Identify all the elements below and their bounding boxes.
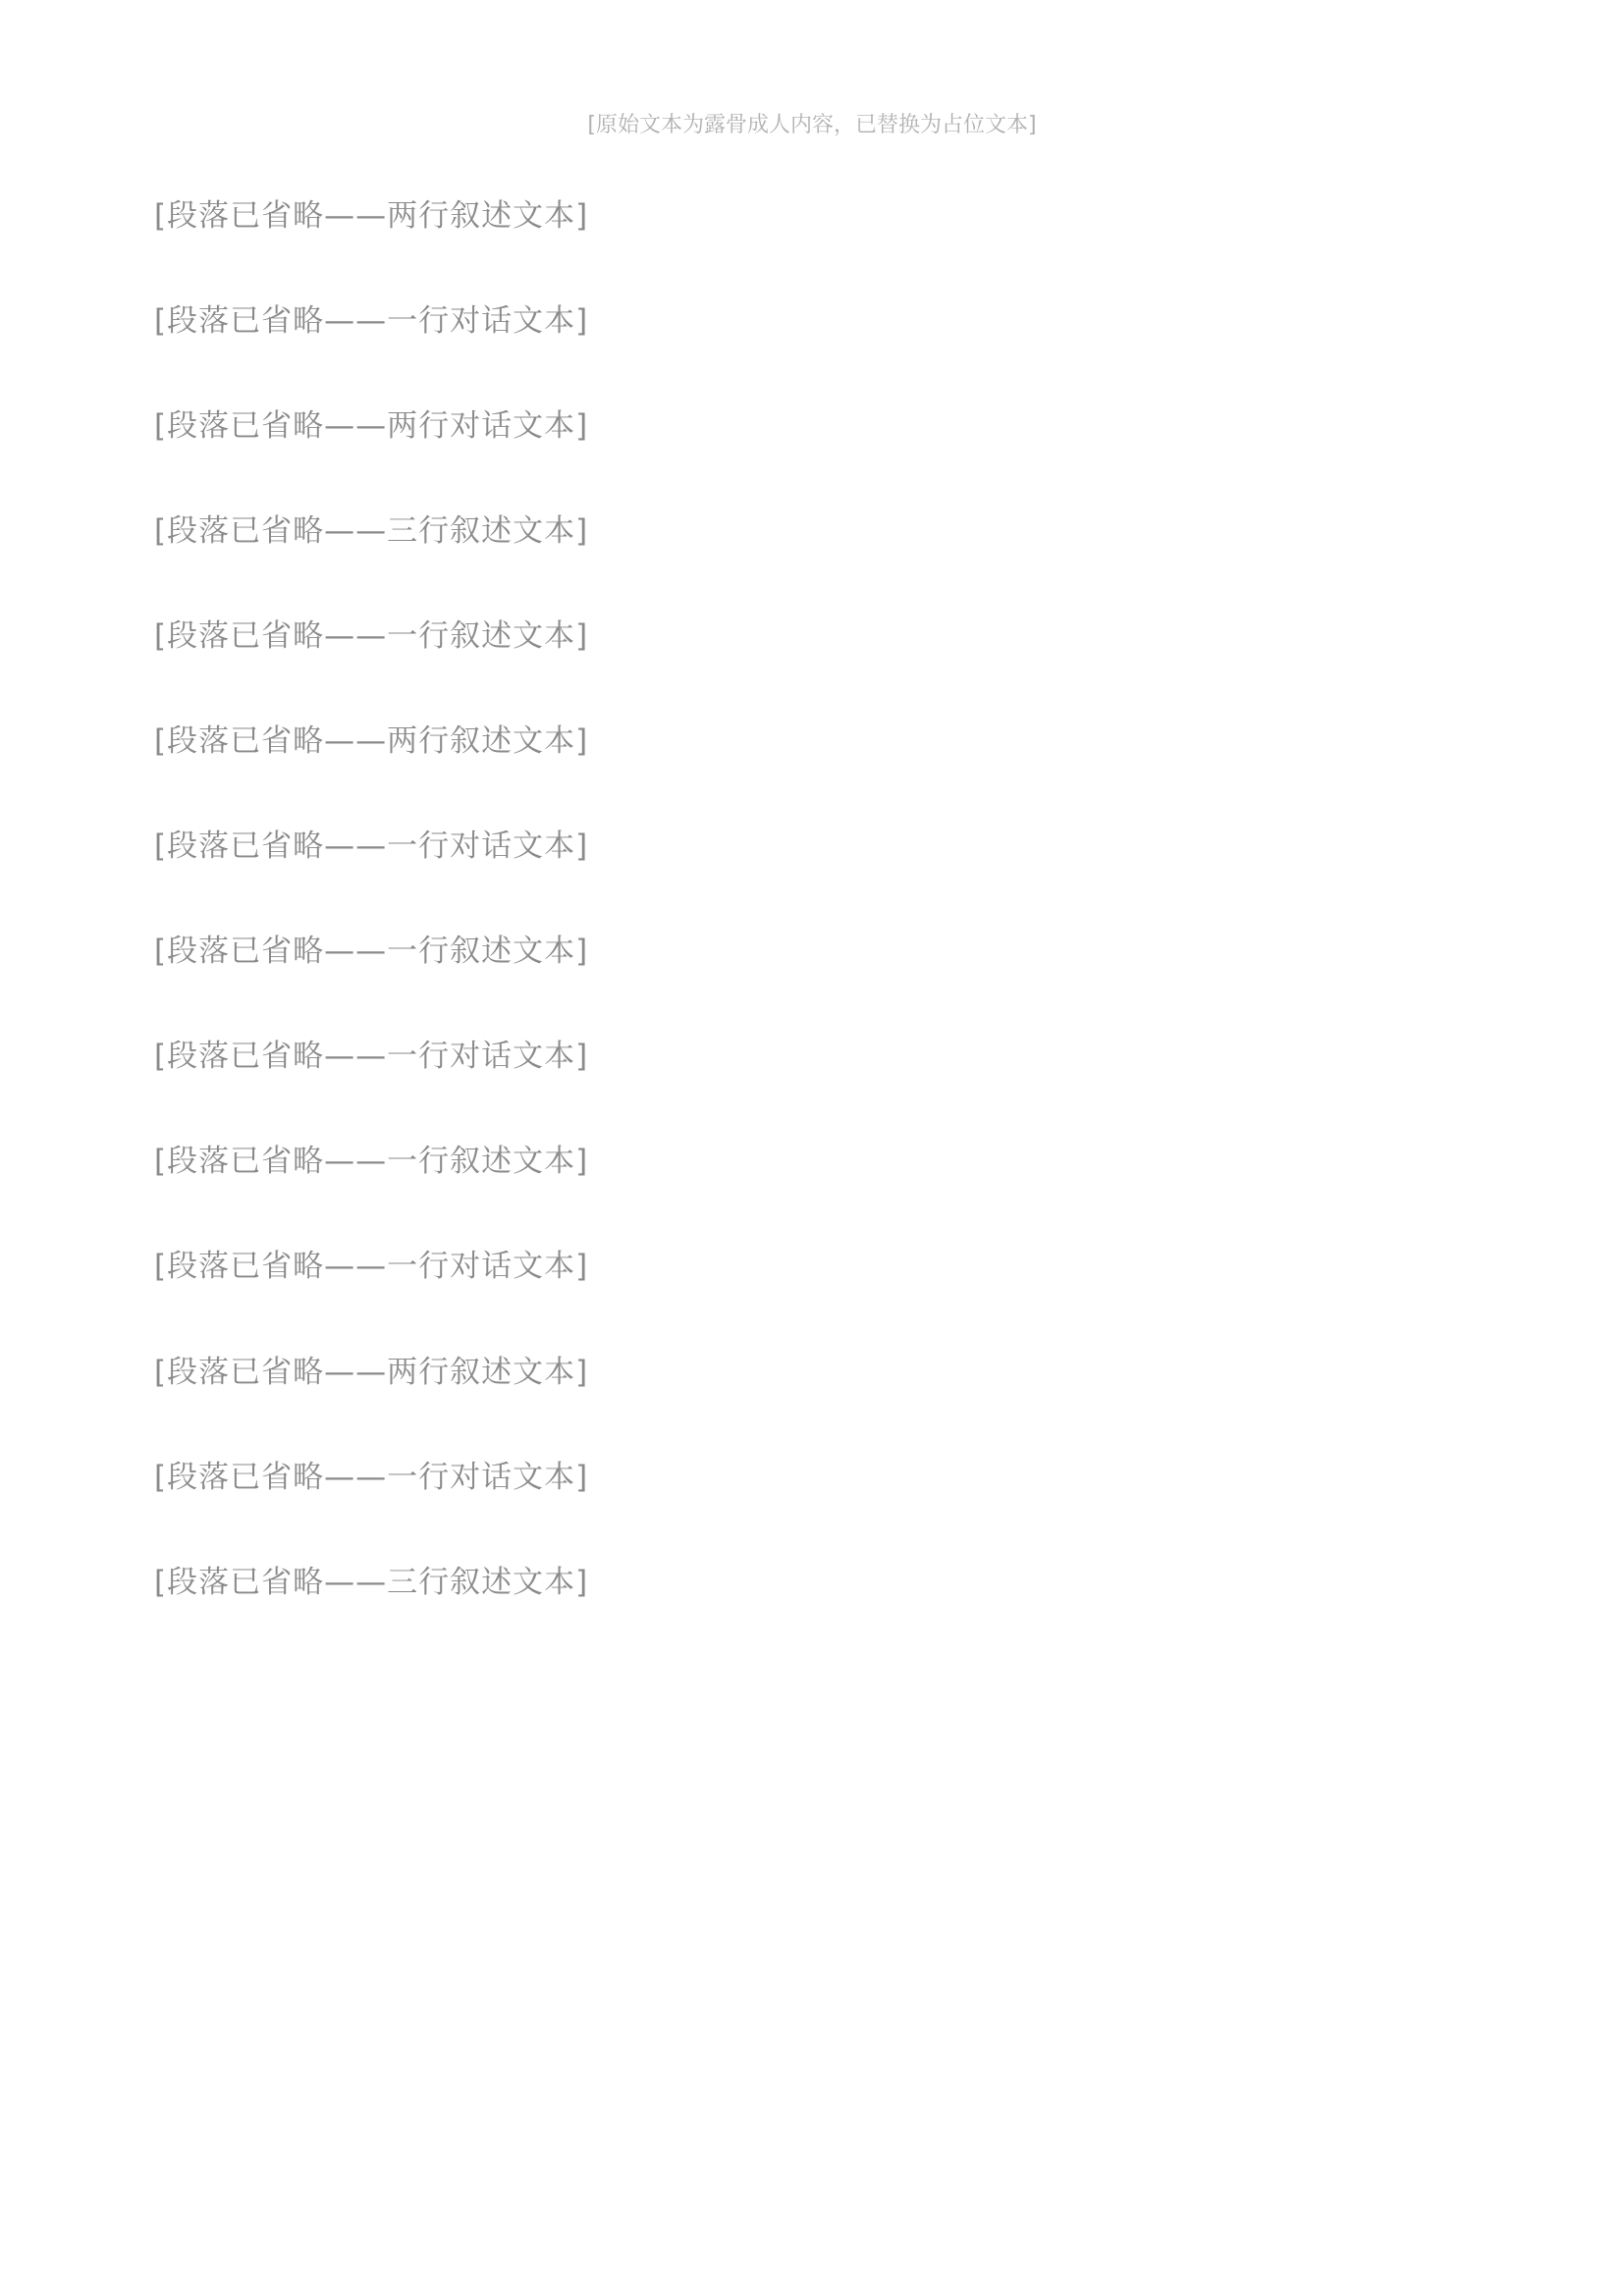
content-redaction-notice: [原始文本为露骨成人内容，已替换为占位文本] [93, 108, 1531, 138]
text-paragraph: [段落已省略——两行叙述文本] [93, 178, 1531, 255]
text-paragraph: [段落已省略——一行对话文本] [93, 1018, 1531, 1095]
text-paragraph: [段落已省略——一行对话文本] [93, 1439, 1531, 1517]
text-paragraph: [段落已省略——两行对话文本] [93, 388, 1531, 465]
paragraph-container: [段落已省略——两行叙述文本][段落已省略——一行对话文本][段落已省略——两行… [93, 178, 1531, 1622]
text-paragraph: [段落已省略——一行对话文本] [93, 808, 1531, 885]
text-paragraph: [段落已省略——一行叙述文本] [93, 598, 1531, 675]
text-paragraph: [段落已省略——一行对话文本] [93, 1228, 1531, 1306]
text-paragraph: [段落已省略——三行叙述文本] [93, 1544, 1531, 1622]
document-page: [原始文本为露骨成人内容，已替换为占位文本] [段落已省略——两行叙述文本][段… [0, 0, 1624, 2296]
text-paragraph: [段落已省略——一行叙述文本] [93, 1123, 1531, 1201]
text-paragraph: [段落已省略——一行叙述文本] [93, 913, 1531, 990]
text-paragraph: [段落已省略——一行对话文本] [93, 283, 1531, 360]
text-paragraph: [段落已省略——两行叙述文本] [93, 1334, 1531, 1412]
text-paragraph: [段落已省略——两行叙述文本] [93, 703, 1531, 780]
text-paragraph: [段落已省略——三行叙述文本] [93, 493, 1531, 570]
